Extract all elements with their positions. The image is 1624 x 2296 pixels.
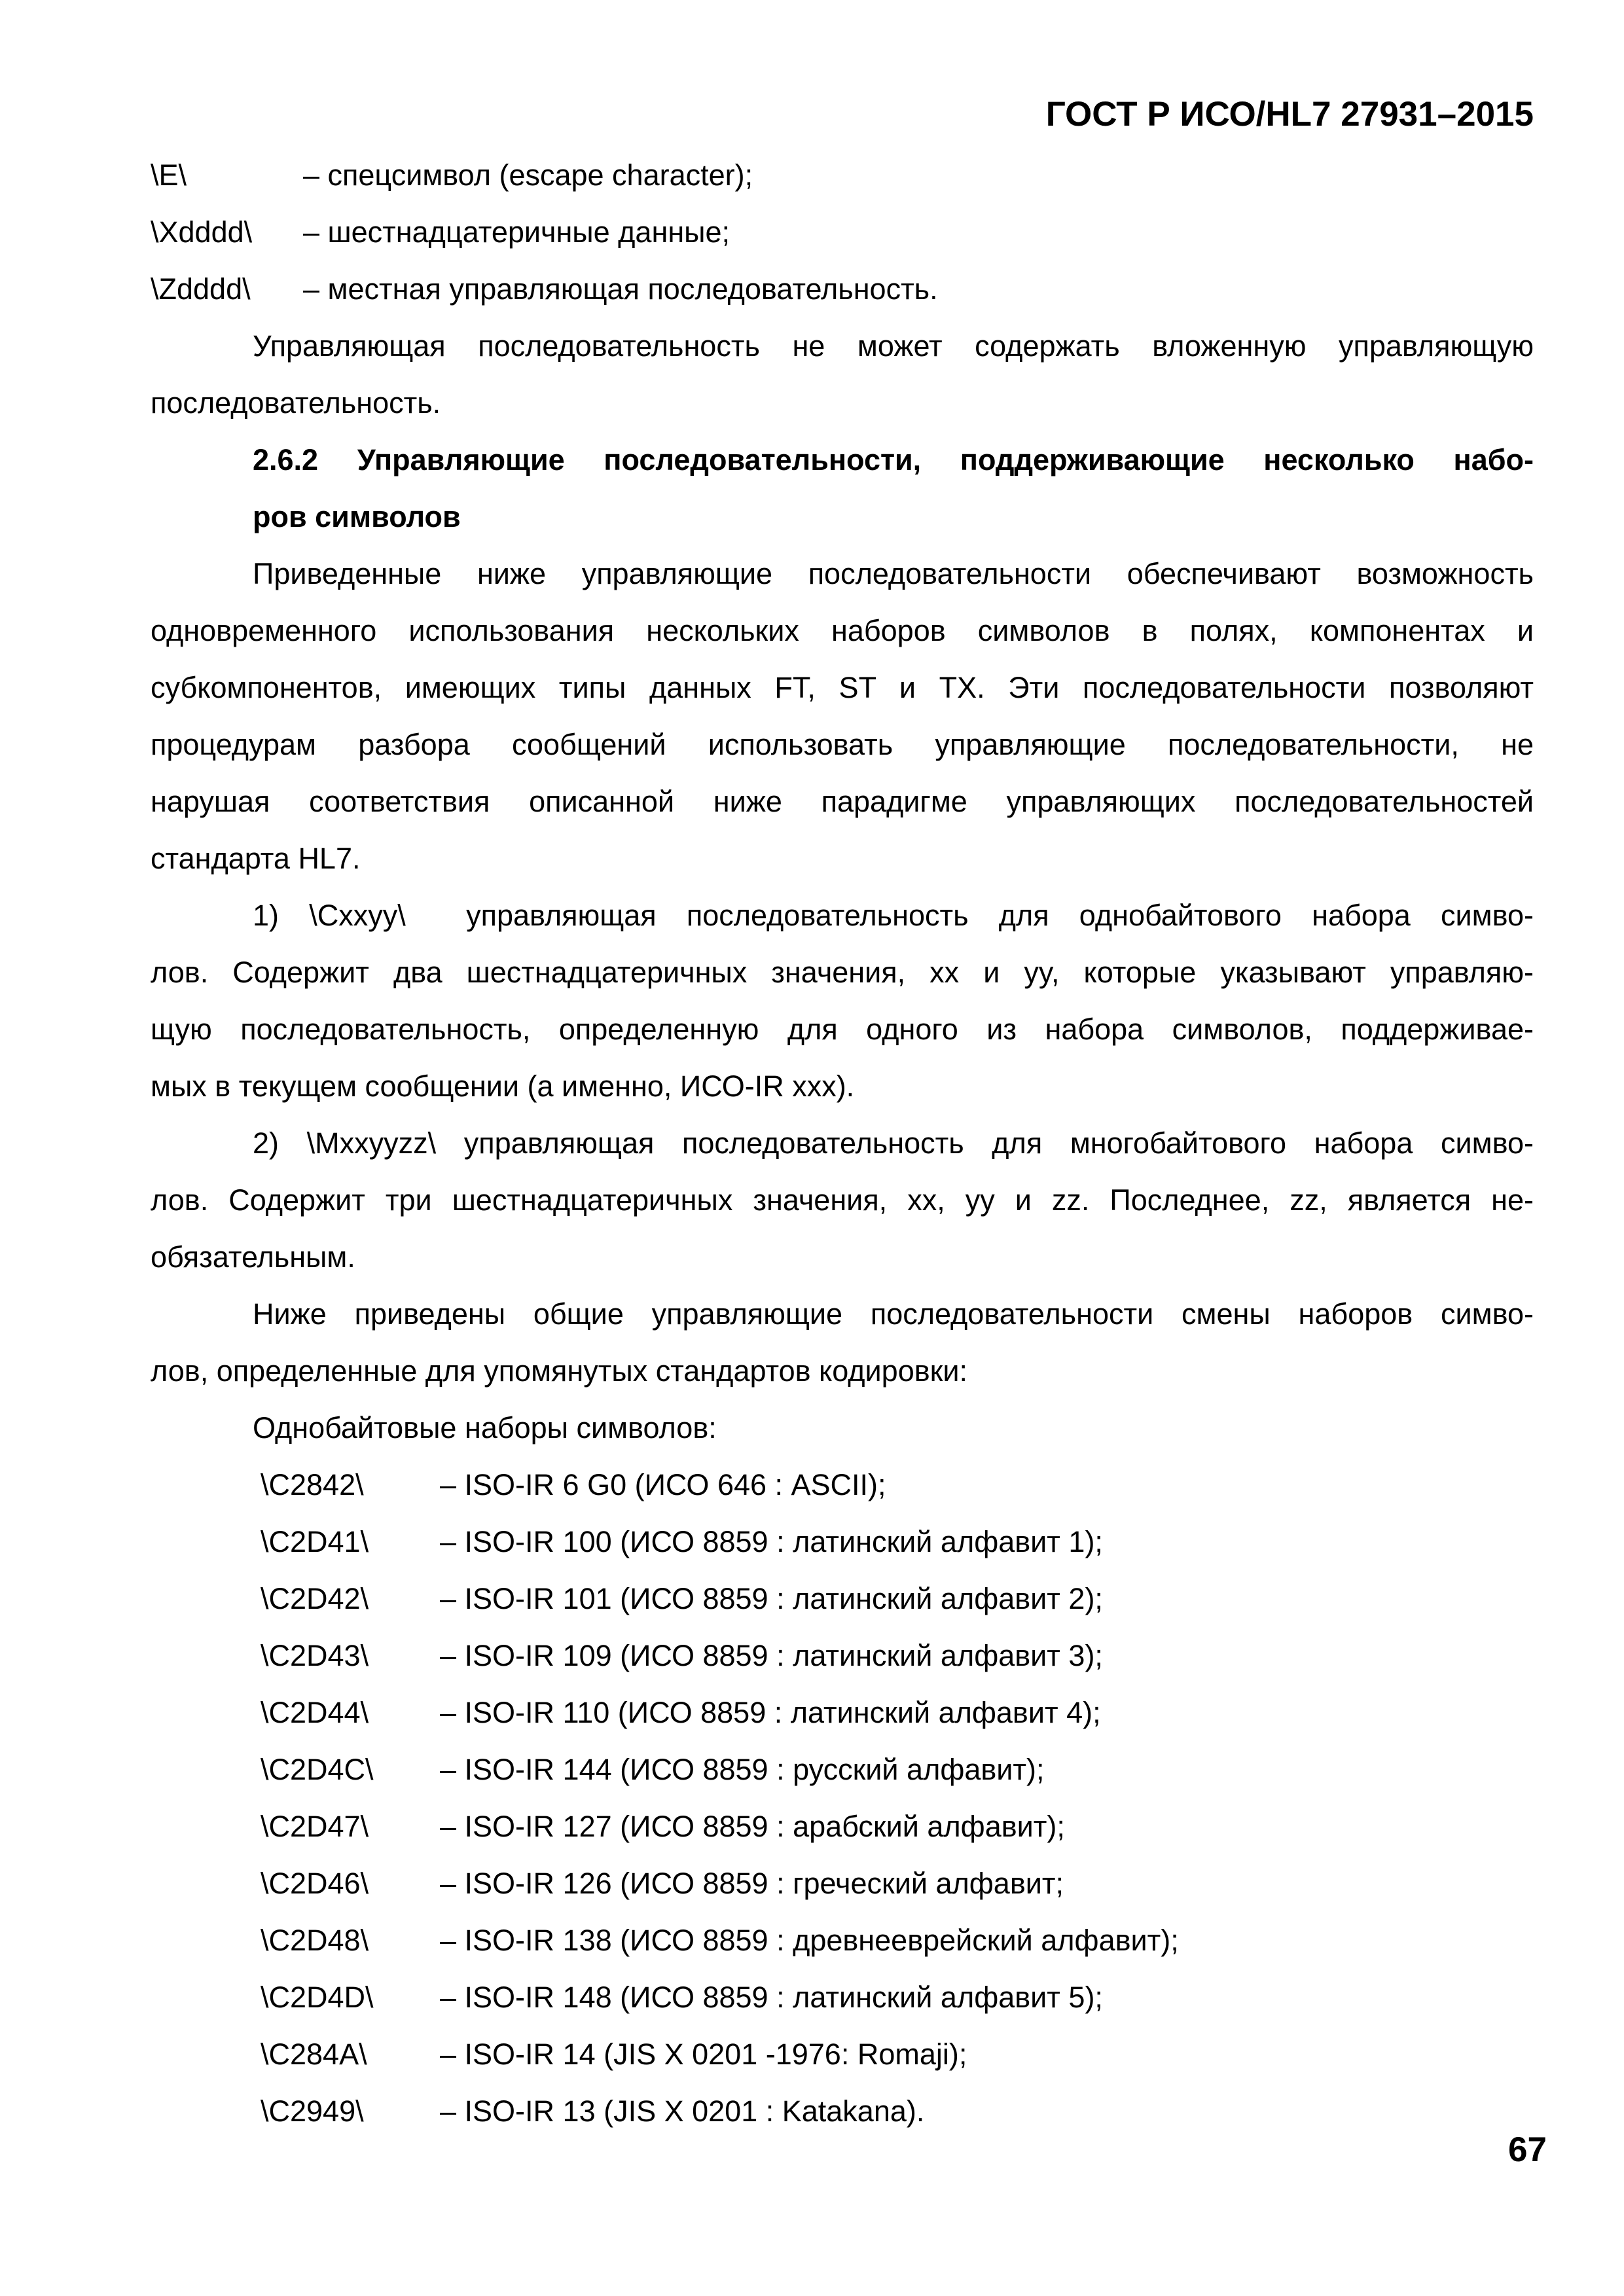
charset-row: \C2D44\– ISO-IR 110 (ИСО 8859 : латински… — [151, 1684, 1534, 1741]
charset-description: – ISO-IR 14 (JIS X 0201 -1976: Romaji); — [440, 2037, 967, 2071]
charset-code: \C2D47\ — [261, 1798, 440, 1855]
paragraph-line: Приведенные ниже управляющие последовате… — [151, 545, 1534, 602]
charset-description: – ISO-IR 127 (ИСО 8859 : арабский алфави… — [440, 1810, 1065, 1843]
list-item-line: мых в текущем сообщении (а именно, ИСО-I… — [151, 1058, 1534, 1115]
charset-code: \C284A\ — [261, 2026, 440, 2083]
charset-code: \C2D41\ — [261, 1513, 440, 1570]
charset-code: \C2D43\ — [261, 1627, 440, 1684]
charset-row: \C2D48\– ISO-IR 138 (ИСО 8859 : древнеев… — [151, 1912, 1534, 1969]
section-heading-line: 2.6.2 Управляющие последовательности, по… — [151, 431, 1534, 488]
charset-row: \C2D41\– ISO-IR 100 (ИСО 8859 : латински… — [151, 1513, 1534, 1570]
charset-code: \C2D48\ — [261, 1912, 440, 1969]
charset-description: – ISO-IR 13 (JIS X 0201 : Katakana). — [440, 2094, 924, 2128]
charset-row: \C2D47\– ISO-IR 127 (ИСО 8859 : арабский… — [151, 1798, 1534, 1855]
charset-description: – ISO-IR 138 (ИСО 8859 : древнееврейский… — [440, 1924, 1179, 1957]
definition-row: \Zdddd\– местная управляющая последовате… — [151, 260, 1534, 317]
charset-description: – ISO-IR 6 G0 (ИСО 646 : ASCII); — [440, 1468, 886, 1501]
definition-term: \E\ — [151, 147, 303, 204]
paragraph-line: Ниже приведены общие управляющие последо… — [151, 1285, 1534, 1342]
list-item-line: лов. Содержит два шестнадцатеричных знач… — [151, 944, 1534, 1001]
definition-text: – местная управляющая последовательность… — [303, 272, 938, 306]
paragraph-line: Управляющая последовательность не может … — [151, 317, 1534, 374]
charset-description: – ISO-IR 110 (ИСО 8859 : латинский алфав… — [440, 1696, 1101, 1729]
list-item-line: щую последовательность, определенную для… — [151, 1001, 1534, 1058]
charset-code: \C2842\ — [261, 1456, 440, 1513]
page-number: 67 — [151, 2131, 1547, 2169]
paragraph-line: одновременного использования нескольких … — [151, 602, 1534, 659]
charset-description: – ISO-IR 148 (ИСО 8859 : латинский алфав… — [440, 1981, 1103, 2014]
paragraph-line: субкомпонентов, имеющих типы данных FT, … — [151, 659, 1534, 716]
paragraph-line: нарушая соответствия описанной ниже пара… — [151, 773, 1534, 830]
paragraph-line: последовательность. — [151, 374, 1534, 431]
charset-code: \C2D4D\ — [261, 1969, 440, 2026]
definition-text: – спецсимвол (escape character); — [303, 158, 753, 192]
paragraph-line: лов, определенные для упомянутых стандар… — [151, 1342, 1534, 1399]
definition-text: – шестнадцатеричные данные; — [303, 215, 730, 249]
document-header-title: ГОСТ Р ИСО/HL7 27931–2015 — [151, 96, 1534, 134]
section-heading-line: ров символов — [151, 488, 1534, 545]
definition-term: \Zdddd\ — [151, 260, 303, 317]
charset-code: \C2D4C\ — [261, 1741, 440, 1798]
charset-row: \C2D42\– ISO-IR 101 (ИСО 8859 : латински… — [151, 1570, 1534, 1627]
document-page: ГОСТ Р ИСО/HL7 27931–2015 \E\– спецсимво… — [0, 0, 1624, 2296]
paragraph-line: стандарта HL7. — [151, 830, 1534, 887]
charset-code: \C2D46\ — [261, 1855, 440, 1912]
paragraph-line: процедурам разбора сообщений использоват… — [151, 716, 1534, 773]
charset-row: \C284A\– ISO-IR 14 (JIS X 0201 -1976: Ro… — [151, 2026, 1534, 2083]
document-body: \E\– спецсимвол (escape character); \Xdd… — [151, 147, 1534, 2140]
definition-row: \Xdddd\– шестнадцатеричные данные; — [151, 204, 1534, 260]
charset-row: \C2D4C\– ISO-IR 144 (ИСО 8859 : русский … — [151, 1741, 1534, 1798]
charset-list-intro: Однобайтовые наборы символов: — [151, 1399, 1534, 1456]
list-item-line: обязательным. — [151, 1229, 1534, 1285]
charset-row: \C2842\– ISO-IR 6 G0 (ИСО 646 : ASCII); — [151, 1456, 1534, 1513]
charset-description: – ISO-IR 101 (ИСО 8859 : латинский алфав… — [440, 1582, 1103, 1615]
charset-description: – ISO-IR 109 (ИСО 8859 : латинский алфав… — [440, 1639, 1103, 1672]
charset-code: \C2D44\ — [261, 1684, 440, 1741]
definition-row: \E\– спецсимвол (escape character); — [151, 147, 1534, 204]
definition-term: \Xdddd\ — [151, 204, 303, 260]
charset-row: \C2D46\– ISO-IR 126 (ИСО 8859 : гречески… — [151, 1855, 1534, 1912]
charset-description: – ISO-IR 144 (ИСО 8859 : русский алфавит… — [440, 1753, 1045, 1786]
charset-row: \C2D4D\– ISO-IR 148 (ИСО 8859 : латински… — [151, 1969, 1534, 2026]
list-item-line: 1) \Cxxyy\ управляющая последовательност… — [151, 887, 1534, 944]
charset-code: \C2D42\ — [261, 1570, 440, 1627]
charset-description: – ISO-IR 100 (ИСО 8859 : латинский алфав… — [440, 1525, 1103, 1558]
list-item-line: лов. Содержит три шестнадцатеричных знач… — [151, 1172, 1534, 1229]
charset-row: \C2D43\– ISO-IR 109 (ИСО 8859 : латински… — [151, 1627, 1534, 1684]
list-item-line: 2) \Mxxyyzz\ управляющая последовательно… — [151, 1115, 1534, 1172]
charset-description: – ISO-IR 126 (ИСО 8859 : греческий алфав… — [440, 1867, 1064, 1900]
